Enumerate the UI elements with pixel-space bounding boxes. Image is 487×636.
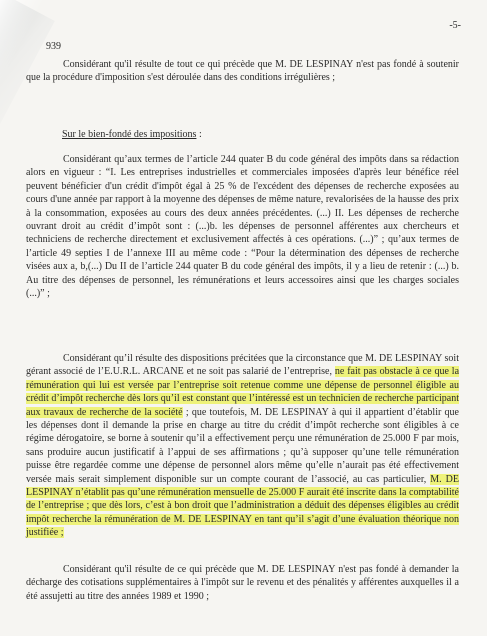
paragraph-legal-articles: Considérant qu’aux termes de l’article 2… [26,153,459,300]
paragraph-analysis: Considérant qu’il résulte des dispositio… [26,352,459,540]
paragraph-final-conclusion: Considérant qu'il résulte de ce qui préc… [26,563,459,603]
reference-number: 939 [46,41,61,52]
section-heading: Sur le bien-fondé des impositions : [62,129,202,140]
scanned-page: -5- 939 Considérant qu'il résulte de tou… [0,0,487,636]
section-heading-text: Sur le bien-fondé des impositions [62,129,196,140]
paragraph-procedure-conclusion: Considérant qu'il résulte de tout ce qui… [26,58,459,85]
page-number: -5- [449,20,461,31]
section-heading-colon: : [196,129,201,140]
analysis-text-2: ; que toutefois, M. DE LESPINAY à qui il… [26,407,459,485]
